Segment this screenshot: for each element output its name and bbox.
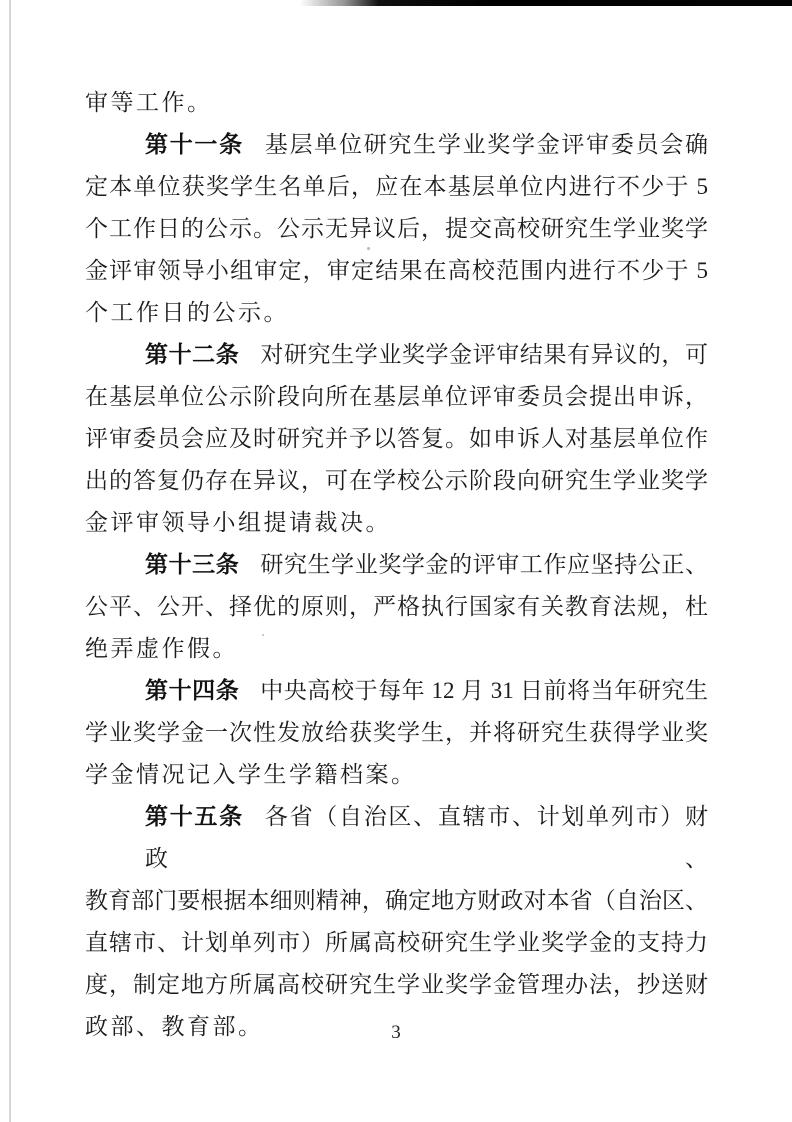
line-text: 中央高校于每年 12 月 31 日前将当年研究生 [260, 678, 708, 703]
article-number: 第十二条 [145, 342, 239, 367]
page-number: 3 [0, 1022, 792, 1044]
text-line: 绝弄虚作假。 [85, 628, 708, 670]
line-text: 个工作日的公示。公示无异议后，提交高校研究生学业奖学 [85, 216, 708, 241]
text-line: 金评审领导小组审定，审定结果在高校范围内进行不少于 5 [85, 250, 708, 292]
text-line: 出的答复仍存在异议，可在学校公示阶段向研究生学业奖学 [85, 460, 708, 502]
article-number: 第十三条 [145, 552, 239, 577]
text-line: 评审委员会应及时研究并予以答复。如申诉人对基层单位作 [85, 418, 708, 460]
line-text: 直辖市、计划单列市）所属高校研究生学业奖学金的支持力 [85, 930, 708, 955]
line-text: 个工作日的公示。 [85, 300, 289, 325]
line-text: 公平、公开、择优的原则，严格执行国家有关教育法规，杜 [85, 594, 708, 619]
text-line: 第十二条对研究生学业奖学金评审结果有异议的，可 [85, 334, 708, 376]
line-text: 度，制定地方所属高校研究生学业奖学金管理办法，抄送财 [85, 972, 708, 997]
text-line: 在基层单位公示阶段向所在基层单位评审委员会提出申诉， [85, 376, 708, 418]
line-text: 教育部门要根据本细则精神，确定地方财政对本省（自治区、 [85, 888, 708, 913]
text-line: 学业奖学金一次性发放给获奖学生，并将研究生获得学业奖 [85, 712, 708, 754]
text-line: 金评审领导小组提请裁决。 [85, 502, 708, 544]
text-line: 定本单位获奖学生名单后，应在本基层单位内进行不少于 5 [85, 166, 708, 208]
text-line: 第十三条研究生学业奖学金的评审工作应坚持公正、 [85, 544, 708, 586]
line-text: 学金情况记入学生学籍档案。 [85, 762, 417, 787]
line-text: 在基层单位公示阶段向所在基层单位评审委员会提出申诉， [85, 384, 708, 409]
line-text: 金评审领导小组提请裁决。 [85, 510, 391, 535]
line-text: 对研究生学业奖学金评审结果有异议的，可 [260, 342, 708, 367]
text-line: 个工作日的公示。 [85, 292, 708, 334]
text-line: 第十四条中央高校于每年 12 月 31 日前将当年研究生 [85, 670, 708, 712]
text-line: 第十一条基层单位研究生学业奖学金评审委员会确 [85, 124, 708, 166]
scan-left-line-artifact [9, 0, 11, 1122]
scan-edge-artifact [300, 0, 792, 6]
line-text: 学业奖学金一次性发放给获奖学生，并将研究生获得学业奖 [85, 720, 708, 745]
line-text: 基层单位研究生学业奖学金评审委员会确 [265, 132, 708, 157]
document-body: 审等工作。 第十一条基层单位研究生学业奖学金评审委员会确 定本单位获奖学生名单后… [85, 82, 708, 1048]
line-text: 评审委员会应及时研究并予以答复。如申诉人对基层单位作 [85, 426, 708, 451]
text-line: 公平、公开、择优的原则，严格执行国家有关教育法规，杜 [85, 586, 708, 628]
line-text: 定本单位获奖学生名单后，应在本基层单位内进行不少于 5 [85, 174, 708, 199]
text-line: 审等工作。 [85, 82, 708, 124]
text-line: 度，制定地方所属高校研究生学业奖学金管理办法，抄送财 [85, 964, 708, 1006]
line-text: 绝弄虚作假。 [85, 636, 238, 661]
text-line: 第十五条各省（自治区、直辖市、计划单列市）财政、 [85, 796, 708, 880]
line-text: 研究生学业奖学金的评审工作应坚持公正、 [260, 552, 708, 577]
article-number: 第十四条 [145, 678, 239, 703]
article-number: 第十五条 [145, 804, 244, 829]
text-line: 学金情况记入学生学籍档案。 [85, 754, 708, 796]
line-text: 金评审领导小组审定，审定结果在高校范围内进行不少于 5 [85, 258, 708, 283]
line-text: 出的答复仍存在异议，可在学校公示阶段向研究生学业奖学 [85, 468, 708, 493]
text-line: 直辖市、计划单列市）所属高校研究生学业奖学金的支持力 [85, 922, 708, 964]
text-line: 个工作日的公示。公示无异议后，提交高校研究生学业奖学 [85, 208, 708, 250]
scanned-page: 审等工作。 第十一条基层单位研究生学业奖学金评审委员会确 定本单位获奖学生名单后… [0, 0, 792, 1122]
text-line: 教育部门要根据本细则精神，确定地方财政对本省（自治区、 [85, 880, 708, 922]
line-text: 审等工作。 [85, 90, 213, 115]
article-number: 第十一条 [145, 132, 244, 157]
